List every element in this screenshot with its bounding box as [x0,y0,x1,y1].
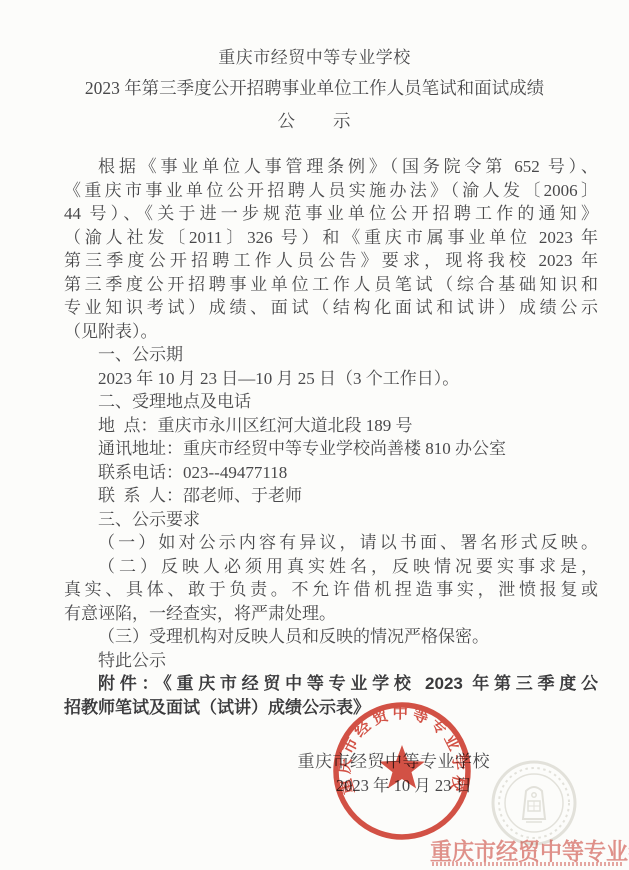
body-line: 一、公示期 [64,343,598,367]
document-sub-title: 公 示 [0,108,629,133]
body-line: 第三季度公开招聘工作人员公告》要求，现将我校 2023 年 [64,249,598,273]
body-line: 有意诬陷，一经查实，将严肃处理。 [64,602,598,626]
official-seal: 重庆市经贸中等专业学校 [322,691,482,851]
body-line: 《重庆市事业单位公开招聘人员实施办法》（渝人发〔2006〕 [64,179,598,203]
body-text: 根据《事业单位人事管理条例》（国务院令第 652 号）、《重庆市事业单位公开招聘… [64,155,598,719]
body-line: 二、受理地点及电话 [64,390,598,414]
body-line: （二）反映人必须用真实姓名，反映情况要实事求是， [64,555,598,579]
body-line: 第三季度公开招聘事业单位工作人员笔试（综合基础知识和 [64,273,598,297]
body-line: 真实、具体、敢于负责。不允许借机捏造事实，泄愤报复或 [64,578,598,602]
body-line: 2023 年 10 月 23 日—10 月 25 日（3 个工作日）。 [64,367,598,391]
body-line: 联系电话：023--49477118 [64,461,598,485]
body-line: （一）如对公示内容有异议，请以书面、署名形式反映。 [64,531,598,555]
body-line: 特此公示 [64,649,598,673]
document-main-title: 2023 年第三季度公开招聘事业单位工作人员笔试和面试成绩 [0,75,629,100]
body-line: 联 系 人：邵老师、于老师 [64,484,598,508]
document-page: 重庆市经贸中等专业学校 2023 年第三季度公开招聘事业单位工作人员笔试和面试成… [0,0,629,870]
watermark-caption-strip [432,862,622,866]
body-line: 通讯地址：重庆市经贸中等专业学校尚善楼 810 办公室 [64,437,598,461]
star-icon [379,745,425,788]
body-line: 根据《事业单位人事管理条例》（国务院令第 652 号）、 [64,155,598,179]
body-line: （三）受理机构对反映人员和反映的情况严格保密。 [64,625,598,649]
body-line: 44 号）、《关于进一步规范事业单位公开招聘工作的通知》 [64,202,598,226]
body-line: 地 点：重庆市永川区红河大道北段 189 号 [64,414,598,438]
body-line: （见附表）。 [64,320,598,344]
document-org-title: 重庆市经贸中等专业学校 [0,43,629,68]
body-line: 专业知识考试）成绩、面试（结构化面试和试讲）成绩公示 [64,296,598,320]
body-line: 三、公示要求 [64,508,598,532]
body-line: （渝人社发〔2011〕326 号）和《重庆市属事业单位 2023 年 [64,226,598,250]
